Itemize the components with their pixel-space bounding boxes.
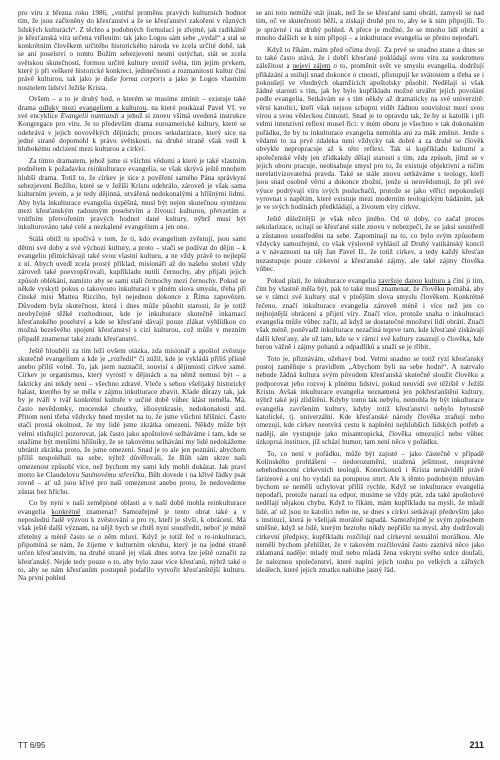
text-run: znamenat? Samozřejmě je tento obrat také… bbox=[18, 508, 246, 582]
underlined-phrase: konkrétně bbox=[51, 508, 80, 516]
journal-page: pro víru z března roku 1986, „vnitřní pr… bbox=[0, 0, 500, 760]
text-column-left: pro víru z března roku 1986, „vnitřní pr… bbox=[18, 9, 246, 582]
paragraph: Stálá obtíž tu spočívá v tom, že ti, kdo… bbox=[18, 235, 246, 343]
paragraph: Ovšem – a to je druhý bod, o kterém se m… bbox=[18, 95, 246, 153]
text-run: Ještě důležitější je však něco jiného. O… bbox=[256, 215, 484, 273]
paragraph: Pokud platí, že inkulturace evangelia za… bbox=[256, 277, 484, 352]
text-run: Toto je, přiznávám, ožehavý bod. Velmi s… bbox=[256, 355, 484, 446]
italic-phrase: Saténovému střevíčku bbox=[81, 471, 144, 479]
two-column-text-block: pro víru z března roku 1986, „vnitřní pr… bbox=[18, 9, 484, 582]
paragraph: Co by nyní v naší zeměpisné oblasti a v … bbox=[18, 499, 246, 582]
page-number: 211 bbox=[469, 740, 484, 750]
text-run: činí ji tím, čím by vlastně měla být, pa… bbox=[256, 277, 484, 351]
text-run: se ani toto nemůže stát jinak, než že se… bbox=[256, 9, 484, 42]
text-run: o to, proměnit svět ve smyslu evangelia,… bbox=[256, 62, 484, 211]
page-footer: TT 6/95 211 bbox=[18, 740, 484, 750]
paragraph: Ještě hlouběji za tím leží ovšem otázka,… bbox=[18, 347, 246, 496]
text-run: Za tímto dramatem, jehož jsme si všichni… bbox=[18, 157, 246, 231]
paragraph: pro víru z března roku 1986, „vnitřní pr… bbox=[18, 9, 246, 92]
text-run: Stálá obtíž tu spočívá v tom, že ti, kdo… bbox=[18, 235, 246, 343]
italic-phrase: Evangelii nuntiandi bbox=[61, 112, 119, 120]
text-run: To, co není v pořádku, může být zajisté … bbox=[256, 450, 484, 574]
underlined-phrase: nejeví zájem bbox=[293, 62, 331, 70]
paragraph: Za tímto dramatem, jehož jsme si všichni… bbox=[18, 157, 246, 232]
paragraph: se ani toto nemůže stát jinak, než že se… bbox=[256, 9, 484, 42]
text-run: pro víru z března roku 1986, „vnitřní pr… bbox=[18, 9, 246, 83]
underlined-phrase: odluky mezi evangeliem a kulturou bbox=[39, 104, 146, 112]
paragraph: Ještě důležitější je však něco jiného. O… bbox=[256, 215, 484, 273]
text-run: Pokud platí, že inkulturace evangelia bbox=[267, 277, 378, 285]
paragraph: Toto je, přiznávám, ožehavý bod. Velmi s… bbox=[256, 355, 484, 446]
italic-phrase: forma corporis bbox=[120, 75, 165, 83]
paragraph: To, co není v pořádku, může být zajisté … bbox=[256, 450, 484, 574]
journal-issue-label: TT 6/95 bbox=[18, 741, 45, 750]
text-column-right: se ani toto nemůže stát jinak, než že se… bbox=[256, 9, 484, 582]
paragraph: Když to říkám, mám před očima dvojí. Za … bbox=[256, 46, 484, 212]
text-run: Ještě hlouběji za tím leží ovšem otázka,… bbox=[18, 347, 246, 479]
underlined-phrase: završuje danou kulturu a bbox=[378, 277, 451, 285]
